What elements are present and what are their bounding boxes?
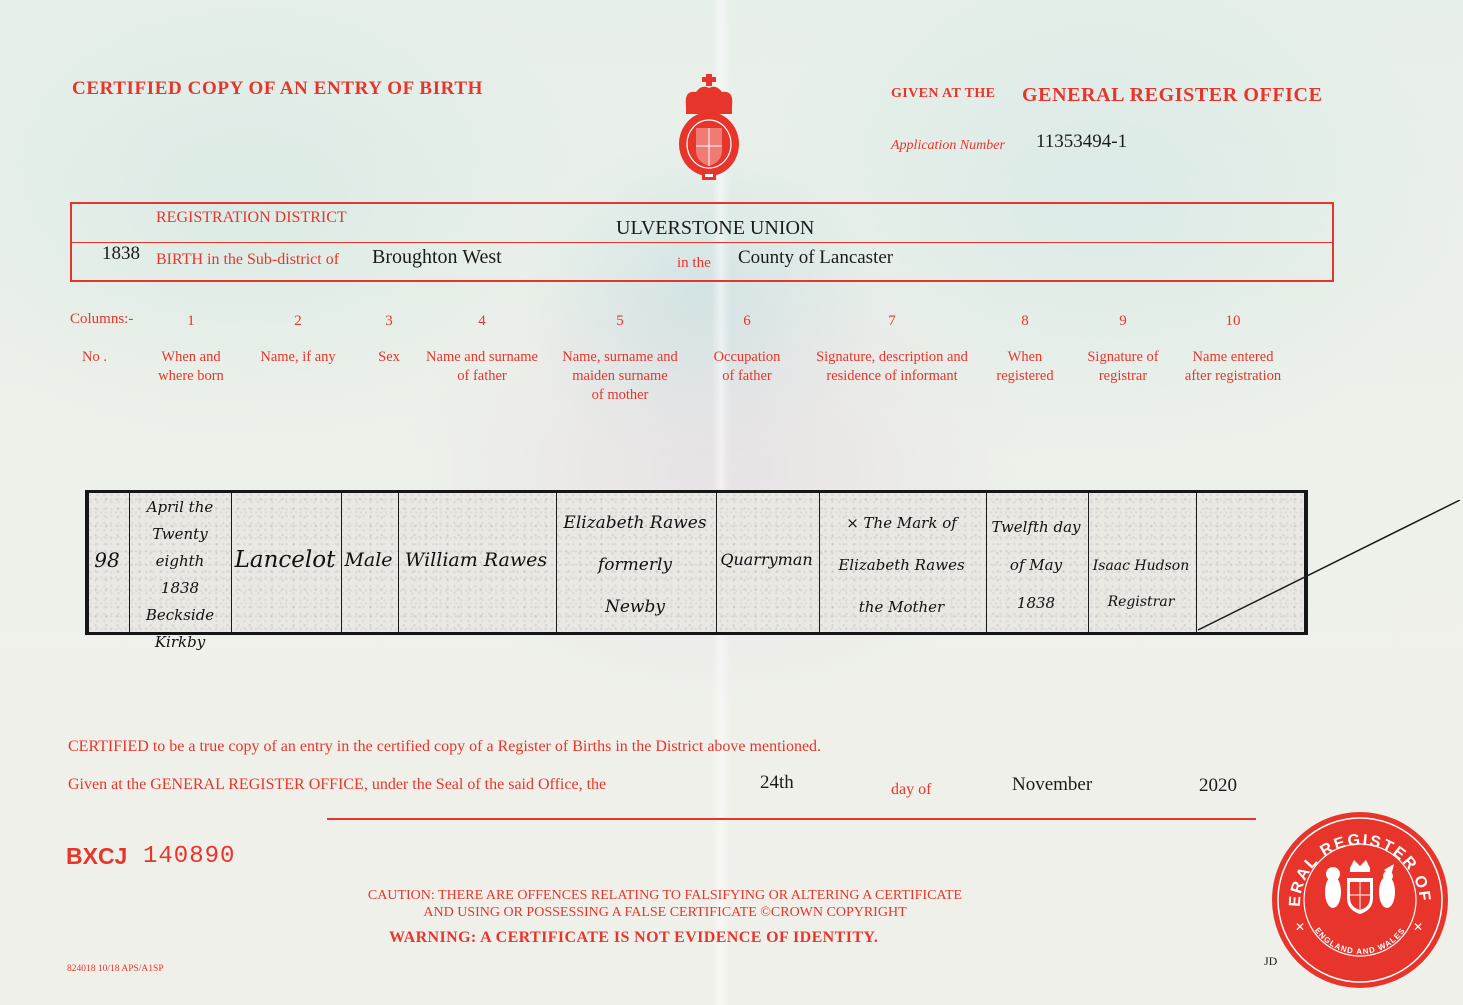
sub-district-value: Broughton West — [372, 246, 502, 269]
column-number-9: 9 — [1119, 313, 1127, 330]
entry-registrar: Isaac Hudson Registrar — [1087, 548, 1195, 620]
serial-prefix: BXCJ — [66, 843, 127, 870]
column-number-8: 8 — [1021, 313, 1029, 330]
entry-name: Lancelot — [230, 548, 340, 572]
column-number-5: 5 — [616, 313, 624, 330]
entry-number: 98 — [87, 548, 127, 572]
column-header-mother: Name, surname and maiden surname of moth… — [562, 348, 678, 405]
column-header-father: Name and surname of father — [426, 348, 538, 386]
application-number-value: 11353494-1 — [1036, 131, 1127, 153]
registration-box-divider — [72, 242, 1332, 243]
column-header-name-after-registration: Name entered after registration — [1185, 348, 1281, 386]
column-header-registrar: Signature of registrar — [1087, 348, 1158, 386]
column-header-occupation: Occupation of father — [714, 348, 781, 386]
certification-rule — [327, 818, 1256, 820]
column-number-7: 7 — [888, 313, 896, 330]
column-header-name: Name, if any — [260, 348, 335, 367]
in-the-label: in the — [677, 255, 711, 272]
column-number-3: 3 — [385, 313, 393, 330]
county-value: County of Lancaster — [738, 247, 893, 269]
royal-crest-icon — [674, 72, 744, 182]
day-of-label: day of — [891, 781, 931, 799]
caution-notice: CAUTION: THERE ARE OFFENCES RELATING TO … — [340, 887, 990, 921]
print-code: 824018 10/18 APS/A1SP — [67, 964, 164, 974]
certification-year: 2020 — [1199, 775, 1237, 797]
column-number-4: 4 — [478, 313, 486, 330]
entry-sex: Male — [340, 548, 397, 572]
identity-warning: WARNING: A CERTIFICATE IS NOT EVIDENCE O… — [389, 929, 878, 947]
general-register-office-seal-icon: GENERAL REGISTER OFFICE ENGLAND AND WALE… — [1270, 810, 1450, 990]
svg-text:✕: ✕ — [1413, 920, 1423, 934]
certificate-title: CERTIFIED COPY OF AN ENTRY OF BIRTH — [72, 78, 483, 100]
registration-district-value: ULVERSTONE UNION — [616, 217, 814, 240]
column-number-1: 1 — [187, 313, 195, 330]
column-header-sex: Sex — [378, 348, 400, 367]
certification-month: November — [1012, 774, 1092, 796]
cancellation-diagonal-line — [1190, 500, 1463, 640]
column-header-no: No . — [82, 348, 107, 367]
entry-father: William Rawes — [397, 548, 555, 572]
column-header-informant: Signature, description and residence of … — [816, 348, 968, 386]
column-number-2: 2 — [294, 313, 302, 330]
entry-occupation: Quarryman — [715, 548, 818, 572]
application-number-label: Application Number — [891, 138, 1005, 154]
entry-when-registered: Twelfth day of May 1838 — [985, 508, 1087, 622]
entry-informant: × The Mark of Elizabeth Rawes the Mother — [818, 502, 985, 628]
entry-mother: Elizabeth Rawes formerly Newby — [555, 502, 715, 628]
columns-label: Columns:- — [70, 311, 133, 328]
column-number-6: 6 — [743, 313, 751, 330]
entry-when-where-born: April the Twenty eighth 1838 Beckside Ki… — [128, 494, 232, 656]
svg-text:✕: ✕ — [1295, 920, 1305, 934]
certification-statement: CERTIFIED to be a true copy of an entry … — [68, 738, 821, 756]
given-at-prefix: GIVEN AT THE — [891, 86, 995, 102]
registration-district-label: REGISTRATION DISTRICT — [156, 209, 347, 227]
given-under-seal-statement: Given at the GENERAL REGISTER OFFICE, un… — [68, 776, 606, 794]
general-register-office-title: GENERAL REGISTER OFFICE — [1022, 84, 1323, 107]
sub-district-label: BIRTH in the Sub-district of — [156, 251, 339, 269]
column-number-10: 10 — [1226, 313, 1241, 330]
column-header-when-where-born: When and where born — [158, 348, 224, 386]
column-header-when-registered: When registered — [996, 348, 1053, 386]
certification-day: 24th — [760, 772, 794, 794]
serial-number: 140890 — [143, 843, 235, 870]
registration-year: 1838 — [102, 243, 140, 265]
